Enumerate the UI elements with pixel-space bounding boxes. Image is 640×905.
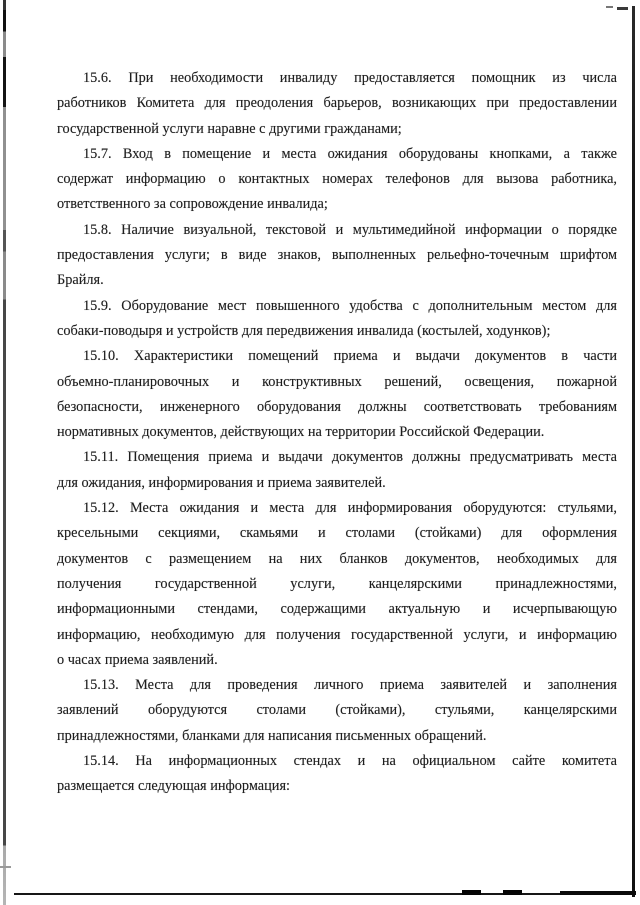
text-line: работников Комитета для преодоления барь…	[57, 91, 617, 116]
scan-mark-bottom-3	[560, 891, 636, 895]
text-line: нормативных документов, действующих на т…	[57, 420, 617, 445]
paragraph-15-11: 15.11. Помещения приема и выдачи докумен…	[57, 445, 617, 496]
text-line: кресельными секциями, скамьями и столами…	[57, 521, 617, 546]
scan-border-left	[3, 0, 6, 905]
text-line: содержат информацию о контактных номерах…	[57, 167, 617, 192]
text-line: размещается следующая информация:	[57, 774, 617, 799]
text-line: 15.6. При необходимости инвалиду предост…	[57, 66, 617, 91]
text-line: государственной услуги наравне с другими…	[57, 117, 617, 142]
text-line: принадлежностями, бланками для написания…	[57, 724, 617, 749]
text-line: 15.10. Характеристики помещений приема и…	[57, 344, 617, 369]
text-line: объемно-планировочных и конструктивных р…	[57, 370, 617, 395]
paragraph-15-7: 15.7. Вход в помещение и места ожидания …	[57, 142, 617, 218]
scanned-document-page: 15.6. При необходимости инвалиду предост…	[0, 0, 640, 905]
text-line: 15.14. На информационных стендах и на оф…	[57, 749, 617, 774]
scan-mark-top-right-2	[617, 7, 628, 10]
paragraph-15-9: 15.9. Оборудование мест повышенного удоб…	[57, 294, 617, 345]
text-line: предоставления услуги; в виде знаков, вы…	[57, 243, 617, 268]
text-line: 15.13. Места для проведения личного прие…	[57, 673, 617, 698]
text-line: 15.11. Помещения приема и выдачи докумен…	[57, 445, 617, 470]
text-line: безопасности, инженерного оборудования д…	[57, 395, 617, 420]
paragraph-15-10: 15.10. Характеристики помещений приема и…	[57, 344, 617, 445]
text-line: информационными стендами, содержащими ак…	[57, 597, 617, 622]
text-line: собаки-поводыря и устройств для передвиж…	[57, 319, 617, 344]
text-line: информацию, необходимую для получения го…	[57, 623, 617, 648]
text-line: 15.12. Места ожидания и места для информ…	[57, 496, 617, 521]
document-text: 15.6. При необходимости инвалиду предост…	[57, 66, 617, 800]
text-line: 15.7. Вход в помещение и места ожидания …	[57, 142, 617, 167]
text-line: 15.8. Наличие визуальной, текстовой и му…	[57, 218, 617, 243]
scan-mark-bottom-2	[503, 890, 522, 895]
paragraph-15-13: 15.13. Места для проведения личного прие…	[57, 673, 617, 749]
paragraph-15-12: 15.12. Места ожидания и места для информ…	[57, 496, 617, 673]
text-line: ответственного за сопровождение инвалида…	[57, 192, 617, 217]
scan-mark-top-right-1	[606, 6, 613, 8]
text-line: заявлений оборудуются столами (стойками)…	[57, 698, 617, 723]
text-line: документов с размещением на них бланков …	[57, 547, 617, 572]
scan-border-bottom	[14, 893, 636, 895]
paragraph-15-6: 15.6. При необходимости инвалиду предост…	[57, 66, 617, 142]
scan-border-right	[632, 6, 635, 897]
paragraph-15-8: 15.8. Наличие визуальной, текстовой и му…	[57, 218, 617, 294]
text-line: получения государственной услуги, канцел…	[57, 572, 617, 597]
text-line: о часах приема заявлений.	[57, 648, 617, 673]
paragraph-15-14: 15.14. На информационных стендах и на оф…	[57, 749, 617, 800]
scan-mark-bottom-1	[462, 890, 481, 895]
scan-mark-left-tick	[0, 866, 11, 868]
text-line: Брайля.	[57, 268, 617, 293]
text-line: для ожидания, информирования и приема за…	[57, 471, 617, 496]
text-line: 15.9. Оборудование мест повышенного удоб…	[57, 294, 617, 319]
